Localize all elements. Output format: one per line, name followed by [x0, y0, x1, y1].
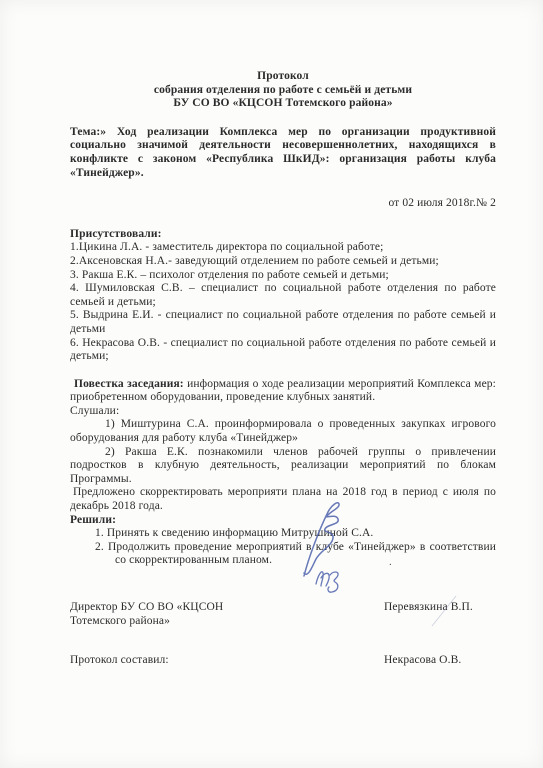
decided-item: 1. Принять к сведению информацию Митруши… — [70, 527, 496, 541]
signer-name: Некрасова О.В. — [384, 654, 496, 668]
proposal-paragraph: Предложено скорректировать мероприяти пл… — [70, 486, 496, 513]
agenda-heading: Повестка заседания: — [74, 378, 184, 390]
scanned-protocol-page: Протокол собрания отделения по работе с … — [0, 0, 543, 768]
attendee-item: 5. Выдрина Е.И. - специалист по социальн… — [70, 309, 496, 336]
signer-role: Директор БУ СО ВО «КЦСОН Тотемского райо… — [70, 601, 270, 628]
decided-heading: Решили: — [70, 514, 496, 528]
attendee-item: 1.Цикина Л.А. - заместитель директора по… — [70, 241, 496, 255]
listened-item: 1) Миштурина С.А. проинформировала о про… — [70, 418, 496, 445]
attendee-item: 4. Шумиловская С.В. – специалист по соци… — [70, 282, 496, 309]
attendee-item: 2.Аксеновская Н.А.- заведующий отделение… — [70, 255, 496, 269]
agenda-paragraph: Повестка заседания: информация о ходе ре… — [70, 378, 496, 405]
listened-item: 2) Ракша Е.К. познакомили членов рабочей… — [70, 446, 496, 487]
title-line-2: собрания отделения по работе с семьёй и … — [70, 84, 496, 98]
document-content: Протокол собрания отделения по работе с … — [70, 70, 496, 668]
date-number-line: от 02 июля 2018г.№ 2 — [70, 197, 496, 211]
theme-paragraph: Тема:» Ход реализации Комплекса мер по о… — [70, 126, 496, 180]
stray-ink-dot: . — [389, 556, 392, 570]
document-title: Протокол собрания отделения по работе с … — [70, 70, 496, 111]
signer-role: Протокол составил: — [70, 654, 270, 668]
attendee-item: 3. Ракша Е.К. – психолог отделения по ра… — [70, 269, 496, 283]
decided-item: 2. Продолжить проведение мероприятий в к… — [70, 541, 496, 568]
attendees-heading: Присутствовали: — [70, 228, 496, 242]
attendee-item: 6. Некрасова О.В. - специалист по социал… — [70, 337, 496, 364]
signature-row-compiler: Протокол составил: Некрасова О.В. — [70, 654, 496, 668]
title-line-1: Протокол — [70, 70, 496, 84]
pen-scratch-mark — [428, 594, 460, 628]
title-line-3: БУ СО ВО «КЦСОН Тотемского района» — [70, 97, 496, 111]
listened-heading: Слушали: — [70, 405, 496, 419]
